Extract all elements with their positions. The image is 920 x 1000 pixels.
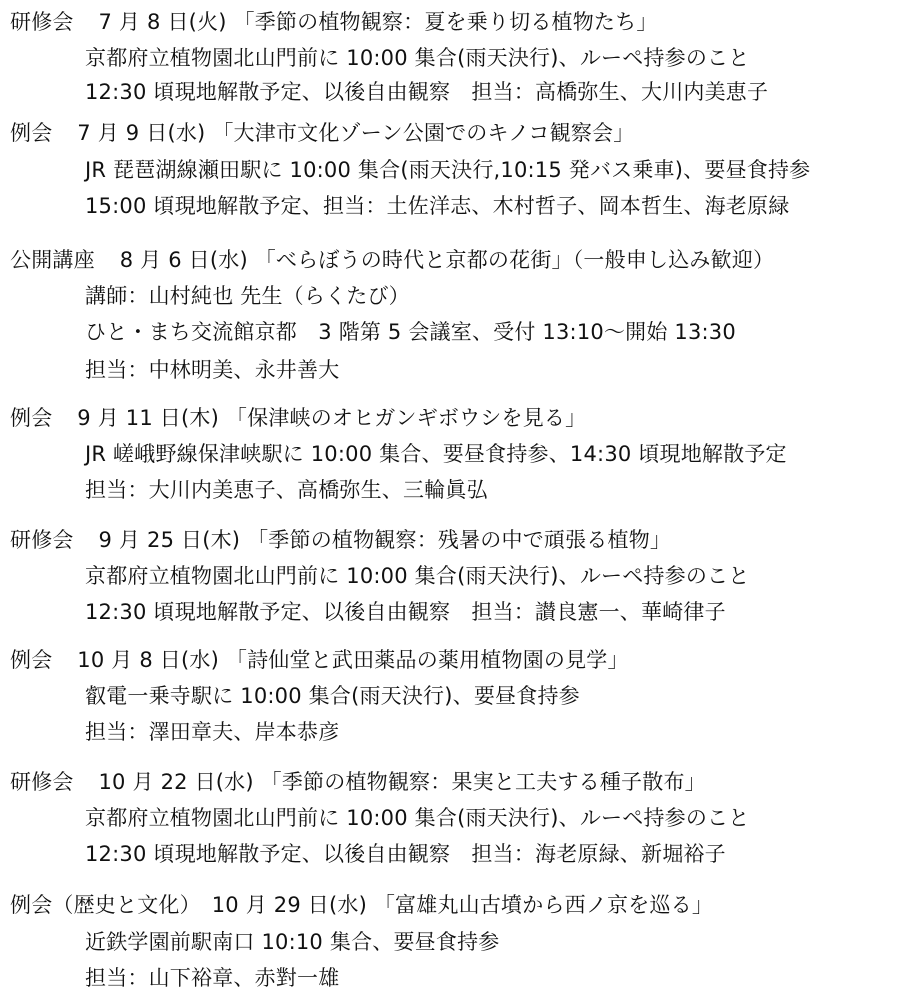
event-date: 10 月 22 日(水) <box>99 770 254 794</box>
event-date: 10 月 29 日(水) <box>212 893 367 917</box>
event-title: 「詩仙堂と武田薬品の薬用植物園の見学」 <box>226 648 629 672</box>
event-detail: 京都府立植物園北山門前に 10:00 集合(雨天決行)、ルーペ持参のこと <box>85 44 749 72</box>
event-title: 「べらぼうの時代と京都の花街」（一般申し込み歓迎） <box>255 248 775 272</box>
event-header: 例会（歴史と文化） 10 月 29 日(水) 「富雄丸山古墳から西ノ京を巡る」 <box>10 891 713 919</box>
event-title: 「富雄丸山古墳から西ノ京を巡る」 <box>374 893 713 917</box>
event-header: 研修会 9 月 25 日(木) 「季節の植物観察：残暑の中で頑張る植物」 <box>10 526 671 554</box>
event-category: 公開講座 <box>10 246 95 274</box>
event-header: 例会 9 月 11 日(木) 「保津峡のオヒガンギボウシを見る」 <box>10 404 586 432</box>
event-date: 7 月 8 日(火) <box>99 10 227 34</box>
event-date: 7 月 9 日(水) <box>77 121 205 145</box>
event-header: 例会 7 月 9 日(水) 「大津市文化ゾーン公園でのキノコ観察会」 <box>10 119 634 147</box>
event-detail: 叡電一乗寺駅に 10:00 集合(雨天決行)、要昼食持参 <box>85 682 580 710</box>
event-detail: 京都府立植物園北山門前に 10:00 集合(雨天決行)、ルーペ持参のこと <box>85 562 749 590</box>
event-detail: 12:30 頃現地解散予定、以後自由観察 担当：高橋弥生、大川内美恵子 <box>85 78 768 106</box>
event-date: 10 月 8 日(水) <box>77 648 219 672</box>
event-category: 研修会 <box>10 526 74 554</box>
event-detail: 講師：山村純也 先生（らくたび） <box>85 282 410 310</box>
event-category: 研修会 <box>10 8 74 36</box>
event-detail: 12:30 頃現地解散予定、以後自由観察 担当：讃良憲一、華崎律子 <box>85 598 726 626</box>
event-detail: JR 嵯峨野線保津峡駅に 10:00 集合、要昼食持参、14:30 頃現地解散予… <box>85 440 787 468</box>
event-detail: JR 琵琶湖線瀬田駅に 10:00 集合(雨天決行,10:15 発バス乗車)、要… <box>85 156 810 184</box>
event-date: 9 月 11 日(木) <box>77 406 219 430</box>
event-detail: 担当：中林明美、永井善大 <box>85 356 339 384</box>
event-category: 例会 <box>10 646 52 674</box>
event-header: 研修会 10 月 22 日(水) 「季節の植物観察：果実と工夫する種子散布」 <box>10 768 706 796</box>
event-detail: 京都府立植物園北山門前に 10:00 集合(雨天決行)、ルーペ持参のこと <box>85 804 749 832</box>
event-header: 例会 10 月 8 日(水) 「詩仙堂と武田薬品の薬用植物園の見学」 <box>10 646 629 674</box>
event-detail: ひと・まち交流館京都 3 階第 5 会議室、受付 13:10～開始 13:30 <box>85 318 736 346</box>
event-category: 例会（歴史と文化） <box>10 891 201 919</box>
event-header: 公開講座 8 月 6 日(水) 「べらぼうの時代と京都の花街」（一般申し込み歓迎… <box>10 246 774 274</box>
event-detail: 近鉄学園前駅南口 10:10 集合、要昼食持参 <box>85 928 499 956</box>
event-date: 9 月 25 日(木) <box>99 528 241 552</box>
event-detail: 15:00 頃現地解散予定、担当：土佐洋志、木村哲子、岡本哲生、海老原緑 <box>85 192 789 220</box>
event-title: 「季節の植物観察：残暑の中で頑張る植物」 <box>247 528 671 552</box>
event-date: 8 月 6 日(水) <box>120 248 248 272</box>
event-title: 「季節の植物観察：夏を乗り切る植物たち」 <box>234 10 658 34</box>
event-detail: 12:30 頃現地解散予定、以後自由観察 担当：海老原緑、新堀裕子 <box>85 840 726 868</box>
event-detail: 担当：山下裕章、赤對一雄 <box>85 964 339 992</box>
event-detail: 担当：大川内美恵子、高橋弥生、三輪眞弘 <box>85 476 488 504</box>
event-title: 「保津峡のオヒガンギボウシを見る」 <box>226 406 586 430</box>
event-title: 「季節の植物観察：果実と工夫する種子散布」 <box>261 770 706 794</box>
event-category: 研修会 <box>10 768 74 796</box>
event-category: 例会 <box>10 119 52 147</box>
event-detail: 担当：澤田章夫、岸本恭彦 <box>85 718 339 746</box>
event-schedule-document: 研修会 7 月 8 日(火) 「季節の植物観察：夏を乗り切る植物たち」 京都府立… <box>0 0 920 1000</box>
event-category: 例会 <box>10 404 52 432</box>
event-header: 研修会 7 月 8 日(火) 「季節の植物観察：夏を乗り切る植物たち」 <box>10 8 658 36</box>
event-title: 「大津市文化ゾーン公園でのキノコ観察会」 <box>212 121 634 145</box>
